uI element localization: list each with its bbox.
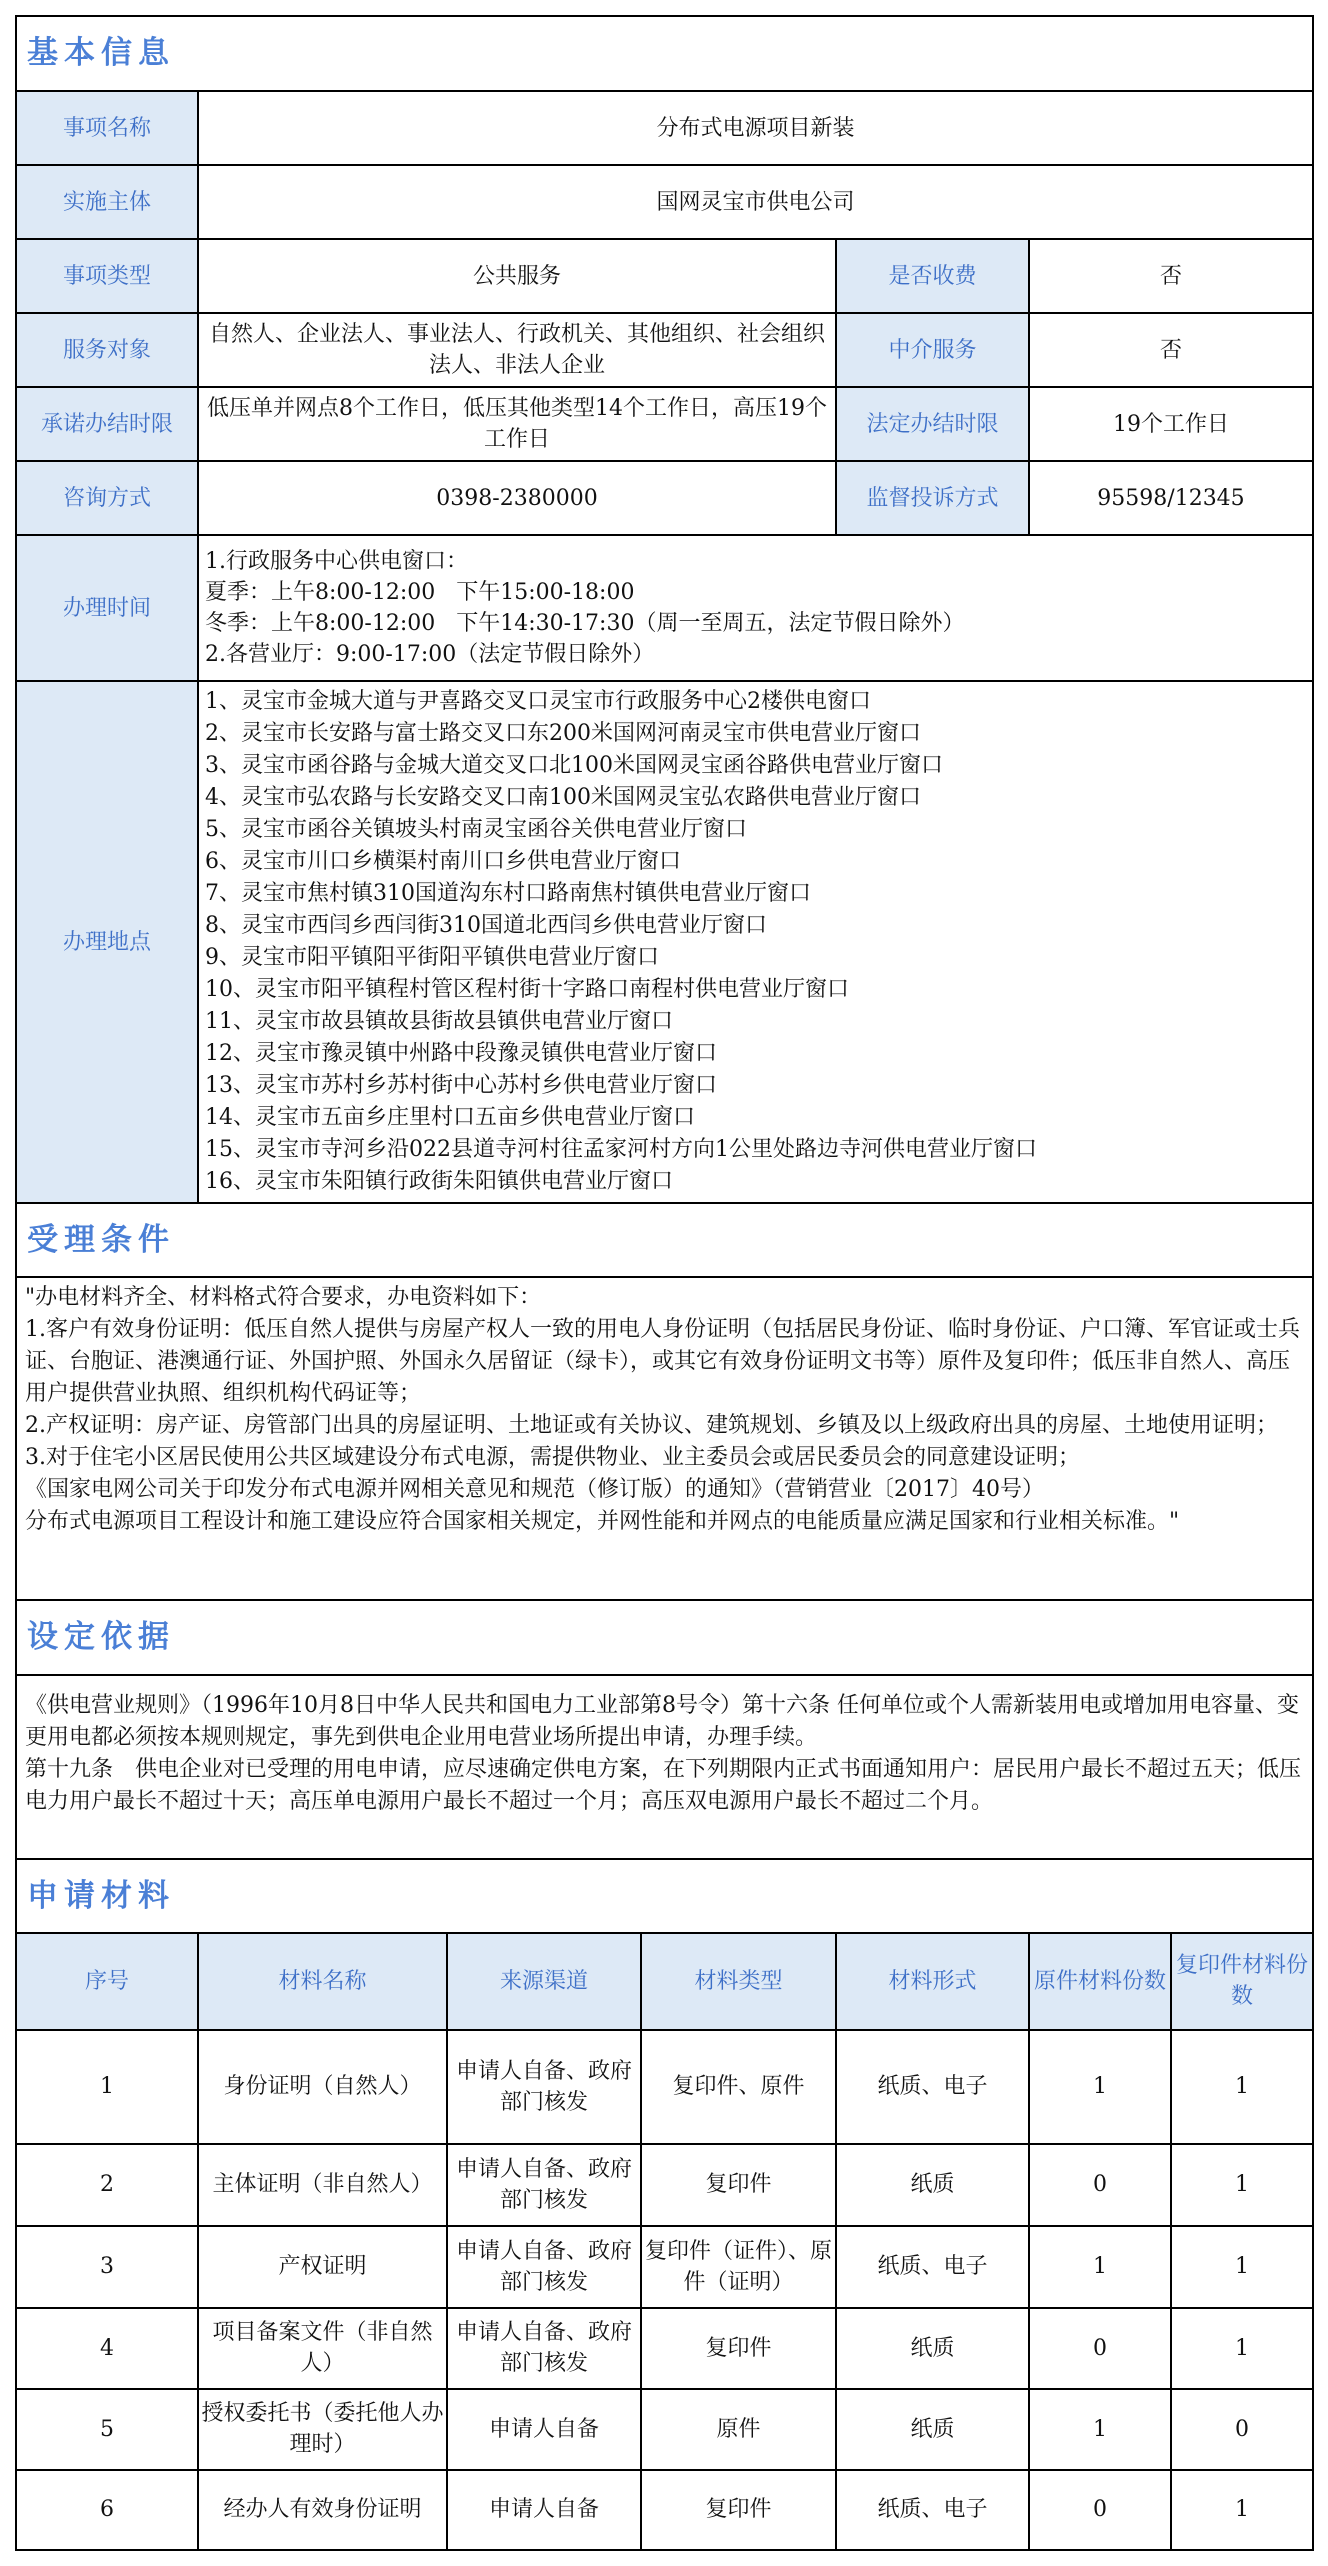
cell-original-count: 1 <box>1029 2226 1171 2308</box>
cell-name: 经办人有效身份证明 <box>198 2470 447 2550</box>
location-item: 10、灵宝市阳平镇程村管区程村街十字路口南程村供电营业厅窗口 <box>205 974 1312 1006</box>
basic-info-table: 基本信息 事项名称 分布式电源项目新装 实施主体 国网灵宝市供电公司 事项类型 … <box>15 15 1314 1934</box>
cell-type: 复印件（证件）、原件（证明） <box>641 2226 836 2308</box>
location-item: 8、灵宝市西闫乡西闫街310国道北西闫乡供电营业厅窗口 <box>205 910 1312 942</box>
materials-table: 序号 材料名称 来源渠道 材料类型 材料形式 原件材料份数 复印件材料份数 1 … <box>15 1932 1314 2551</box>
header-form: 材料形式 <box>836 1933 1029 2030</box>
location-item: 5、灵宝市函谷关镇坡头村南灵宝函谷关供电营业厅窗口 <box>205 814 1312 846</box>
location-item: 12、灵宝市豫灵镇中州路中段豫灵镇供电营业厅窗口 <box>205 1038 1312 1070</box>
header-no: 序号 <box>16 1933 198 2030</box>
cell-copy-count: 1 <box>1171 2030 1313 2144</box>
cell-source: 申请人自备、政府部门核发 <box>447 2144 641 2226</box>
cell-copy-count: 1 <box>1171 2308 1313 2389</box>
condition-line: 1.客户有效身份证明：低压自然人提供与房屋产权人一致的用电人身份证明（包括居民身… <box>25 1314 1304 1410</box>
hours-line: 夏季：上午8:00-12:00 下午15:00-18:00 <box>205 577 1312 608</box>
table-row: 4 项目备案文件（非自然人） 申请人自备、政府部门核发 复印件 纸质 0 1 <box>16 2308 1313 2389</box>
cell-form: 纸质、电子 <box>836 2030 1029 2144</box>
location-item: 1、灵宝市金城大道与尹喜路交叉口灵宝市行政服务中心2楼供电窗口 <box>205 686 1312 718</box>
cell-original-count: 1 <box>1029 2030 1171 2144</box>
cell-no: 6 <box>16 2470 198 2550</box>
cell-original-count: 1 <box>1029 2389 1171 2470</box>
cell-name: 主体证明（非自然人） <box>198 2144 447 2226</box>
label-item-name: 事项名称 <box>16 91 198 165</box>
table-row: 1 身份证明（自然人） 申请人自备、政府部门核发 复印件、原件 纸质、电子 1 … <box>16 2030 1313 2144</box>
location-item: 15、灵宝市寺河乡沿022县道寺河村往孟家河村方向1公里处路边寺河供电营业厅窗口 <box>205 1134 1312 1166</box>
condition-line: 2.产权证明：房产证、房管部门出具的房屋证明、土地证或有关协议、建筑规划、乡镇及… <box>25 1410 1304 1442</box>
table-row: 5 授权委托书（委托他人办理时） 申请人自备 原件 纸质 1 0 <box>16 2389 1313 2470</box>
cell-source: 申请人自备、政府部门核发 <box>447 2030 641 2144</box>
location-item: 4、灵宝市弘农路与长安路交叉口南100米国网灵宝弘农路供电营业厅窗口 <box>205 782 1312 814</box>
hours-line: 2.各营业厅：9:00-17:00（法定节假日除外） <box>205 639 1312 670</box>
condition-line: "办电材料齐全、材料格式符合要求，办电资料如下： <box>25 1282 1304 1314</box>
cell-source: 申请人自备 <box>447 2470 641 2550</box>
condition-line: 3.对于住宅小区居民使用公共区域建设分布式电源，需提供物业、业主委员会或居民委员… <box>25 1442 1304 1474</box>
header-name: 材料名称 <box>198 1933 447 2030</box>
cell-name: 身份证明（自然人） <box>198 2030 447 2144</box>
cell-original-count: 0 <box>1029 2144 1171 2226</box>
value-hours: 1.行政服务中心供电窗口： 夏季：上午8:00-12:00 下午15:00-18… <box>198 535 1313 681</box>
value-legal-limit: 19个工作日 <box>1029 387 1313 461</box>
section-title-basic-info: 基本信息 <box>16 16 1313 91</box>
header-original-count: 原件材料份数 <box>1029 1933 1171 2030</box>
label-locations: 办理地点 <box>16 681 198 1203</box>
cell-copy-count: 1 <box>1171 2226 1313 2308</box>
cell-form: 纸质、电子 <box>836 2226 1029 2308</box>
location-item: 16、灵宝市朱阳镇行政街朱阳镇供电营业厅窗口 <box>205 1166 1312 1198</box>
cell-no: 4 <box>16 2308 198 2389</box>
basis-line: 第十九条 供电企业对已受理的用电申请，应尽速确定供电方案，在下列期限内正式书面通… <box>25 1754 1304 1818</box>
location-item: 6、灵宝市川口乡横渠村南川口乡供电营业厅窗口 <box>205 846 1312 878</box>
location-item: 7、灵宝市焦村镇310国道沟东村口路南焦村镇供电营业厅窗口 <box>205 878 1312 910</box>
cell-name: 项目备案文件（非自然人） <box>198 2308 447 2389</box>
cell-type: 复印件 <box>641 2308 836 2389</box>
label-intermediary: 中介服务 <box>836 313 1029 387</box>
cell-type: 原件 <box>641 2389 836 2470</box>
value-complaint-phone: 95598/12345 <box>1029 461 1313 535</box>
cell-form: 纸质 <box>836 2144 1029 2226</box>
table-row: 2 主体证明（非自然人） 申请人自备、政府部门核发 复印件 纸质 0 1 <box>16 2144 1313 2226</box>
table-row: 3 产权证明 申请人自备、政府部门核发 复印件（证件）、原件（证明） 纸质、电子… <box>16 2226 1313 2308</box>
value-promised-limit: 低压单并网点8个工作日，低压其他类型14个工作日，高压19个工作日 <box>198 387 836 461</box>
cell-copy-count: 1 <box>1171 2470 1313 2550</box>
cell-name: 授权委托书（委托他人办理时） <box>198 2389 447 2470</box>
cell-source: 申请人自备、政府部门核发 <box>447 2226 641 2308</box>
cell-source: 申请人自备、政府部门核发 <box>447 2308 641 2389</box>
value-service-target: 自然人、企业法人、事业法人、行政机关、其他组织、社会组织法人、非法人企业 <box>198 313 836 387</box>
cell-form: 纸质 <box>836 2389 1029 2470</box>
label-service-target: 服务对象 <box>16 313 198 387</box>
label-consult: 咨询方式 <box>16 461 198 535</box>
cell-copy-count: 1 <box>1171 2144 1313 2226</box>
value-item-name: 分布式电源项目新装 <box>198 91 1313 165</box>
cell-no: 1 <box>16 2030 198 2144</box>
cell-source: 申请人自备 <box>447 2389 641 2470</box>
hours-line: 1.行政服务中心供电窗口： <box>205 546 1312 577</box>
label-implementer: 实施主体 <box>16 165 198 239</box>
legal-basis-text: 《供电营业规则》（1996年10月8日中华人民共和国电力工业部第8号令）第十六条… <box>16 1675 1313 1859</box>
cell-type: 复印件 <box>641 2470 836 2550</box>
header-copy-count: 复印件材料份数 <box>1171 1933 1313 2030</box>
label-hours: 办理时间 <box>16 535 198 681</box>
cell-no: 5 <box>16 2389 198 2470</box>
label-legal-limit: 法定办结时限 <box>836 387 1029 461</box>
cell-copy-count: 0 <box>1171 2389 1313 2470</box>
table-row: 6 经办人有效身份证明 申请人自备 复印件 纸质、电子 0 1 <box>16 2470 1313 2550</box>
materials-header-row: 序号 材料名称 来源渠道 材料类型 材料形式 原件材料份数 复印件材料份数 <box>16 1933 1313 2030</box>
cell-original-count: 0 <box>1029 2308 1171 2389</box>
cell-form: 纸质、电子 <box>836 2470 1029 2550</box>
label-charge: 是否收费 <box>836 239 1029 313</box>
condition-line: 分布式电源项目工程设计和施工建设应符合国家相关规定，并网性能和并网点的电能质量应… <box>25 1506 1304 1538</box>
value-consult-phone: 0398-2380000 <box>198 461 836 535</box>
header-source: 来源渠道 <box>447 1933 641 2030</box>
location-item: 2、灵宝市长安路与富士路交叉口东200米国网河南灵宝市供电营业厅窗口 <box>205 718 1312 750</box>
hours-line: 冬季：上午8:00-12:00 下午14:30-17:30（周一至周五，法定节假… <box>205 608 1312 639</box>
condition-line: 《国家电网公司关于印发分布式电源并网相关意见和规范（修订版）的通知》（营销营业〔… <box>25 1474 1304 1506</box>
label-complaint: 监督投诉方式 <box>836 461 1029 535</box>
cell-form: 纸质 <box>836 2308 1029 2389</box>
header-type: 材料类型 <box>641 1933 836 2030</box>
basis-line: 《供电营业规则》（1996年10月8日中华人民共和国电力工业部第8号令）第十六条… <box>25 1690 1304 1754</box>
value-charge: 否 <box>1029 239 1313 313</box>
acceptance-conditions-text: "办电材料齐全、材料格式符合要求，办电资料如下： 1.客户有效身份证明：低压自然… <box>16 1277 1313 1600</box>
cell-name: 产权证明 <box>198 2226 447 2308</box>
service-guide-document: 基本信息 事项名称 分布式电源项目新装 实施主体 国网灵宝市供电公司 事项类型 … <box>15 15 1312 2551</box>
location-item: 11、灵宝市故县镇故县街故县镇供电营业厅窗口 <box>205 1006 1312 1038</box>
value-implementer: 国网灵宝市供电公司 <box>198 165 1313 239</box>
section-title-basis: 设定依据 <box>16 1600 1313 1675</box>
cell-type: 复印件 <box>641 2144 836 2226</box>
cell-no: 2 <box>16 2144 198 2226</box>
value-locations: 1、灵宝市金城大道与尹喜路交叉口灵宝市行政服务中心2楼供电窗口 2、灵宝市长安路… <box>198 681 1313 1203</box>
location-item: 13、灵宝市苏村乡苏村街中心苏村乡供电营业厅窗口 <box>205 1070 1312 1102</box>
label-item-type: 事项类型 <box>16 239 198 313</box>
cell-original-count: 0 <box>1029 2470 1171 2550</box>
section-title-acceptance: 受理条件 <box>16 1203 1313 1277</box>
value-intermediary: 否 <box>1029 313 1313 387</box>
cell-type: 复印件、原件 <box>641 2030 836 2144</box>
value-item-type: 公共服务 <box>198 239 836 313</box>
section-title-materials: 申请材料 <box>16 1859 1313 1933</box>
location-item: 14、灵宝市五亩乡庄里村口五亩乡供电营业厅窗口 <box>205 1102 1312 1134</box>
label-promised-limit: 承诺办结时限 <box>16 387 198 461</box>
cell-no: 3 <box>16 2226 198 2308</box>
location-item: 9、灵宝市阳平镇阳平街阳平镇供电营业厅窗口 <box>205 942 1312 974</box>
location-item: 3、灵宝市函谷路与金城大道交叉口北100米国网灵宝函谷路供电营业厅窗口 <box>205 750 1312 782</box>
